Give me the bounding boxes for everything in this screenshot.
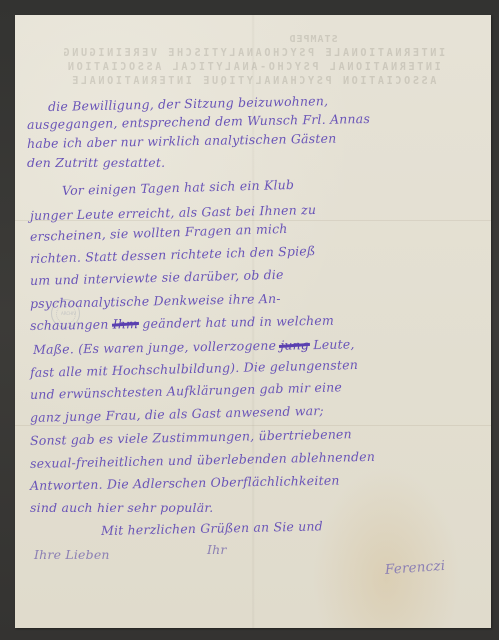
letter-word: Maße. (Es waren junge, vollerzogene xyxy=(33,338,276,357)
letter-signature: Ferenczi xyxy=(384,558,445,578)
letter-line: sind auch hier sehr populär. xyxy=(30,500,213,515)
letter-line: Antworten. Die Adlerschen Oberflächlichk… xyxy=(30,473,340,493)
letter-line: um und interviewte sie darüber, ob die xyxy=(30,267,284,288)
letterhead-showthrough: STAMPED INTERNATIONALE PSYCHOANALYTISCHE… xyxy=(15,33,491,89)
letter-line: ganz junge Frau, die als Gast anwesend w… xyxy=(30,403,324,425)
letter-closing-yours: Ihr xyxy=(207,542,227,557)
letter-line: ausgegangen, entsprechend dem Wunsch Frl… xyxy=(27,111,370,132)
letter-word: geändert hat und in welchem xyxy=(142,313,334,331)
letter-line: die Bewilligung, der Sitzung beizuwohnen… xyxy=(48,93,329,114)
letter-line: Maße. (Es waren junge, vollerzogene jung… xyxy=(33,336,355,357)
letter-word: schauungen xyxy=(30,317,109,333)
letterhead-line-english: INTERNATIONAL PSYCHO-ANALYTICAL ASSOCIAT… xyxy=(15,61,491,75)
letterhead-line-french: ASSOCIATION PSYCHANALYTIQUE INTERNATIONA… xyxy=(15,75,491,89)
letter-line: erscheinen, sie wollten Fragen an mich xyxy=(30,221,288,244)
letter-line: den Zutritt gestattet. xyxy=(27,155,165,170)
letter-closing: Mit herzlichen Grüßen an Sie und xyxy=(101,518,323,538)
letter-line: Vor einigen Tagen hat sich ein Klub xyxy=(62,177,295,198)
letter-line: Sonst gab es viele Zustimmungen, übertri… xyxy=(30,426,352,448)
stamp-text: ARCHIV xyxy=(61,311,76,316)
paper-fold-line xyxy=(15,425,491,426)
letter-line: habe ich aber nur wirklich analytischen … xyxy=(27,131,337,151)
letter-page: STAMPED INTERNATIONALE PSYCHOANALYTISCHE… xyxy=(15,15,491,628)
letter-line: psychoanalytische Denkweise ihre An- xyxy=(30,291,281,311)
letter-line: sexual-freiheitlichen und überlebenden a… xyxy=(30,449,375,471)
letter-word: Leute, xyxy=(313,336,355,352)
letter-line: fast alle mit Hochschulbildung). Die gel… xyxy=(30,357,358,380)
struck-word: Ihm xyxy=(113,316,139,331)
letter-line: richten. Statt dessen richtete ich den S… xyxy=(30,243,316,266)
letterhead-top-mark: STAMPED xyxy=(15,33,499,47)
letterhead-line-german: INTERNATIONALE PSYCHOANALYTISCHE VEREINI… xyxy=(15,47,491,61)
letter-closing-recipients: Ihre Lieben xyxy=(34,547,110,562)
struck-word: jung xyxy=(280,337,309,353)
letter-line: und erwünschtesten Aufklärungen gab mir … xyxy=(30,379,342,402)
